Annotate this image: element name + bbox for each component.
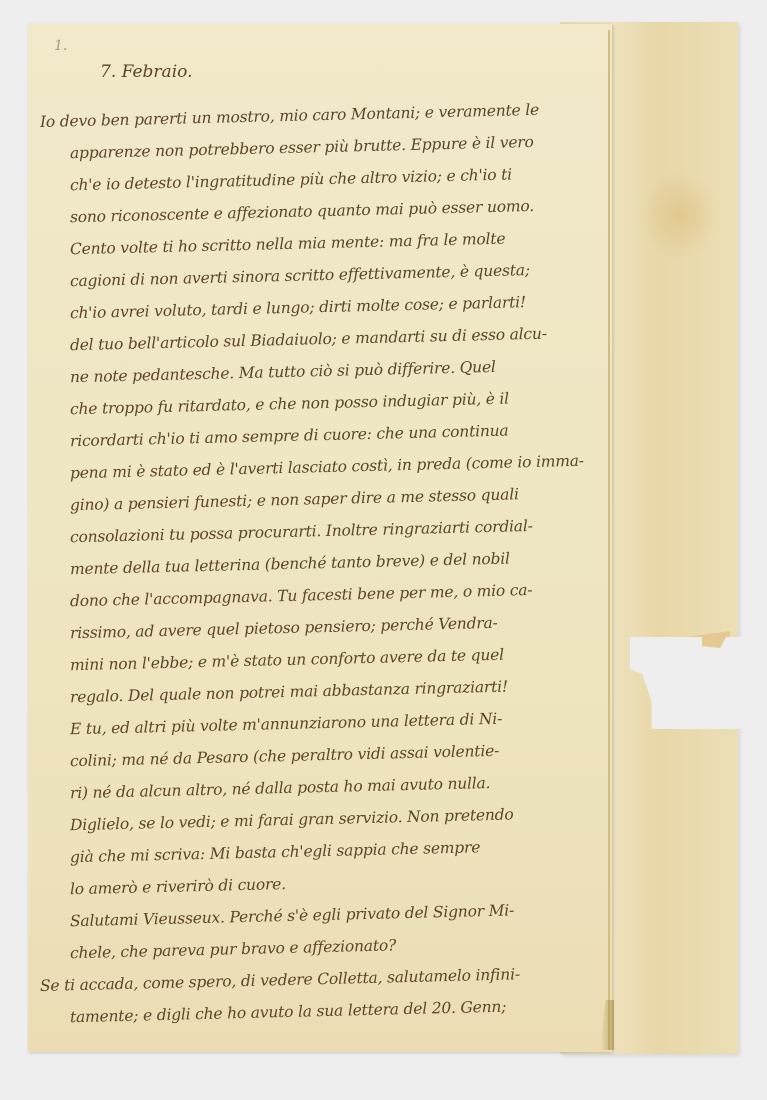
folio-number: 1.: [54, 38, 67, 54]
letter-date: 7. Febraio.: [100, 62, 192, 82]
paper-stain: [640, 170, 720, 260]
letter-body: Io devo ben parerti un mostro, mio caro …: [40, 106, 612, 1034]
